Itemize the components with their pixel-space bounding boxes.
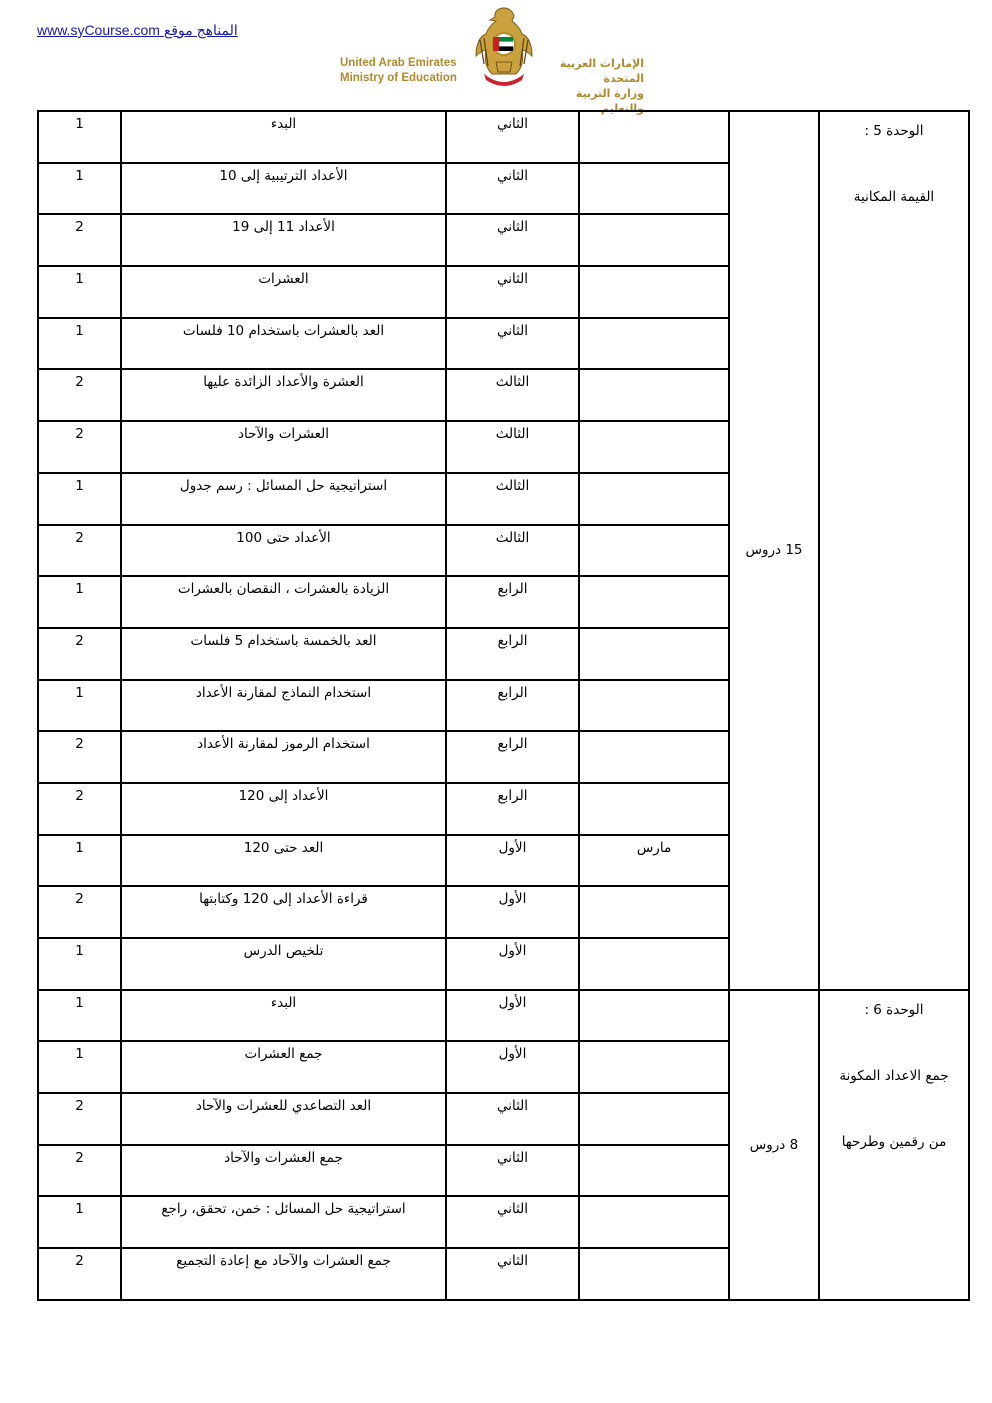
lesson-title-cell: استخدام الرموز لمقارنة الأعداد <box>121 731 446 783</box>
month-cell <box>579 680 729 732</box>
week-cell: الأول <box>446 938 579 990</box>
month-cell <box>579 1196 729 1248</box>
week-cell: الأول <box>446 990 579 1042</box>
month-cell <box>579 1093 729 1145</box>
month-cell <box>579 525 729 577</box>
unit-title-cell: الوحدة 6 :جمع الاعداد المكونةمن رقمين وط… <box>819 990 969 1300</box>
week-cell: الرابع <box>446 783 579 835</box>
lesson-title-cell: تلخيص الدرس <box>121 938 446 990</box>
lesson-count-cell: 1 <box>38 266 121 318</box>
week-cell: الثاني <box>446 214 579 266</box>
lesson-title-cell: العشرات <box>121 266 446 318</box>
week-cell: الأول <box>446 886 579 938</box>
unit-title-line: القيمة المكانية <box>820 186 968 208</box>
lesson-count-cell: 2 <box>38 214 121 266</box>
week-cell: الثاني <box>446 1248 579 1300</box>
ministry-name-english: United Arab Emirates Ministry of Educati… <box>340 56 457 86</box>
lesson-count-cell: 1 <box>38 990 121 1042</box>
lesson-count-cell: 2 <box>38 421 121 473</box>
week-cell: الأول <box>446 1041 579 1093</box>
unit-label: الوحدة 5 : <box>820 120 968 142</box>
week-cell: الثاني <box>446 1145 579 1197</box>
unit-lessons-total-cell: 8 دروس <box>729 990 819 1300</box>
lesson-count-cell: 2 <box>38 1093 121 1145</box>
month-cell <box>579 938 729 990</box>
week-cell: الثالث <box>446 369 579 421</box>
lesson-title-cell: البدء <box>121 990 446 1042</box>
week-cell: الثاني <box>446 111 579 163</box>
table-row: 1البدءالأول8 دروسالوحدة 6 :جمع الاعداد ا… <box>38 990 969 1042</box>
week-cell: الثاني <box>446 266 579 318</box>
lesson-count-cell: 2 <box>38 525 121 577</box>
lesson-title-cell: الأعداد حتى 100 <box>121 525 446 577</box>
lesson-count-cell: 1 <box>38 680 121 732</box>
lesson-count-cell: 2 <box>38 369 121 421</box>
month-cell <box>579 731 729 783</box>
unit-title-line: جمع الاعداد المكونة <box>820 1065 968 1087</box>
ministry-ar-line1: الإمارات العربية المتحدة <box>540 56 644 86</box>
week-cell: الثاني <box>446 1093 579 1145</box>
lesson-count-cell: 2 <box>38 731 121 783</box>
lesson-title-cell: استراتيجية حل المسائل : خمن، تحقق، راجع <box>121 1196 446 1248</box>
week-cell: الرابع <box>446 628 579 680</box>
ministry-name-arabic: الإمارات العربية المتحدة وزارة التربية و… <box>540 56 644 116</box>
month-cell <box>579 1145 729 1197</box>
month-cell <box>579 421 729 473</box>
week-cell: الرابع <box>446 576 579 628</box>
lesson-title-cell: قراءة الأعداد إلى 120 وكتابتها <box>121 886 446 938</box>
lesson-title-cell: العشرات والآحاد <box>121 421 446 473</box>
lesson-count-cell: 1 <box>38 318 121 370</box>
week-cell: الثاني <box>446 1196 579 1248</box>
lesson-title-cell: الأعداد 11 إلى 19 <box>121 214 446 266</box>
unit-title-cell: الوحدة 5 :القيمة المكانية <box>819 111 969 990</box>
month-cell <box>579 318 729 370</box>
lesson-title-cell: جمع العشرات والآحاد مع إعادة التجميع <box>121 1248 446 1300</box>
lesson-count-cell: 1 <box>38 163 121 215</box>
month-cell <box>579 214 729 266</box>
week-cell: الثالث <box>446 421 579 473</box>
lesson-count-cell: 2 <box>38 1145 121 1197</box>
lesson-title-cell: جمع العشرات والآحاد <box>121 1145 446 1197</box>
month-cell <box>579 1248 729 1300</box>
week-cell: الثالث <box>446 525 579 577</box>
lesson-count-cell: 1 <box>38 576 121 628</box>
week-cell: الأول <box>446 835 579 887</box>
unit-label: الوحدة 6 : <box>820 999 968 1021</box>
month-cell <box>579 369 729 421</box>
month-cell <box>579 266 729 318</box>
month-cell <box>579 111 729 163</box>
week-cell: الرابع <box>446 680 579 732</box>
lesson-title-cell: الزيادة بالعشرات ، النقصان بالعشرات <box>121 576 446 628</box>
lesson-count-cell: 1 <box>38 835 121 887</box>
month-cell <box>579 163 729 215</box>
unit-title-line: من رقمين وطرحها <box>820 1131 968 1153</box>
month-cell: مارس <box>579 835 729 887</box>
lesson-title-cell: العد التصاعدي للعشرات والآحاد <box>121 1093 446 1145</box>
month-cell <box>579 886 729 938</box>
week-cell: الرابع <box>446 731 579 783</box>
lesson-title-cell: العد بالعشرات باستخدام 10 فلسات <box>121 318 446 370</box>
lesson-count-cell: 2 <box>38 783 121 835</box>
lesson-title-cell: العشرة والأعداد الزائدة عليها <box>121 369 446 421</box>
table-row: 1البدءالثاني15 دروسالوحدة 5 :القيمة المك… <box>38 111 969 163</box>
week-cell: الثاني <box>446 163 579 215</box>
week-cell: الثالث <box>446 473 579 525</box>
lesson-title-cell: الأعداد إلى 120 <box>121 783 446 835</box>
lesson-title-cell: الأعداد الترتيبية إلى 10 <box>121 163 446 215</box>
month-cell <box>579 783 729 835</box>
lesson-count-cell: 1 <box>38 1041 121 1093</box>
lesson-count-cell: 2 <box>38 886 121 938</box>
lesson-title-cell: استخدام النماذج لمقارنة الأعداد <box>121 680 446 732</box>
lesson-title-cell: استراتيجية حل المسائل : رسم جدول <box>121 473 446 525</box>
month-cell <box>579 1041 729 1093</box>
site-link[interactable]: www.syCourse.com المناهج موقع <box>37 22 238 39</box>
month-cell <box>579 576 729 628</box>
curriculum-plan-table: 1البدءالثاني15 دروسالوحدة 5 :القيمة المك… <box>37 110 970 1301</box>
uae-falcon-emblem-icon <box>470 4 538 88</box>
ministry-en-line1: United Arab Emirates <box>340 56 457 71</box>
lesson-title-cell: العد حتى 120 <box>121 835 446 887</box>
lesson-count-cell: 1 <box>38 938 121 990</box>
ministry-en-line2: Ministry of Education <box>340 71 457 86</box>
unit-lessons-total-cell: 15 دروس <box>729 111 819 990</box>
lesson-count-cell: 1 <box>38 473 121 525</box>
month-cell <box>579 628 729 680</box>
month-cell <box>579 990 729 1042</box>
lesson-title-cell: العد بالخمسة باستخدام 5 فلسات <box>121 628 446 680</box>
lesson-count-cell: 2 <box>38 628 121 680</box>
lesson-title-cell: البدء <box>121 111 446 163</box>
lesson-count-cell: 1 <box>38 111 121 163</box>
lesson-title-cell: جمع العشرات <box>121 1041 446 1093</box>
lesson-count-cell: 1 <box>38 1196 121 1248</box>
month-cell <box>579 473 729 525</box>
lesson-count-cell: 2 <box>38 1248 121 1300</box>
week-cell: الثاني <box>446 318 579 370</box>
